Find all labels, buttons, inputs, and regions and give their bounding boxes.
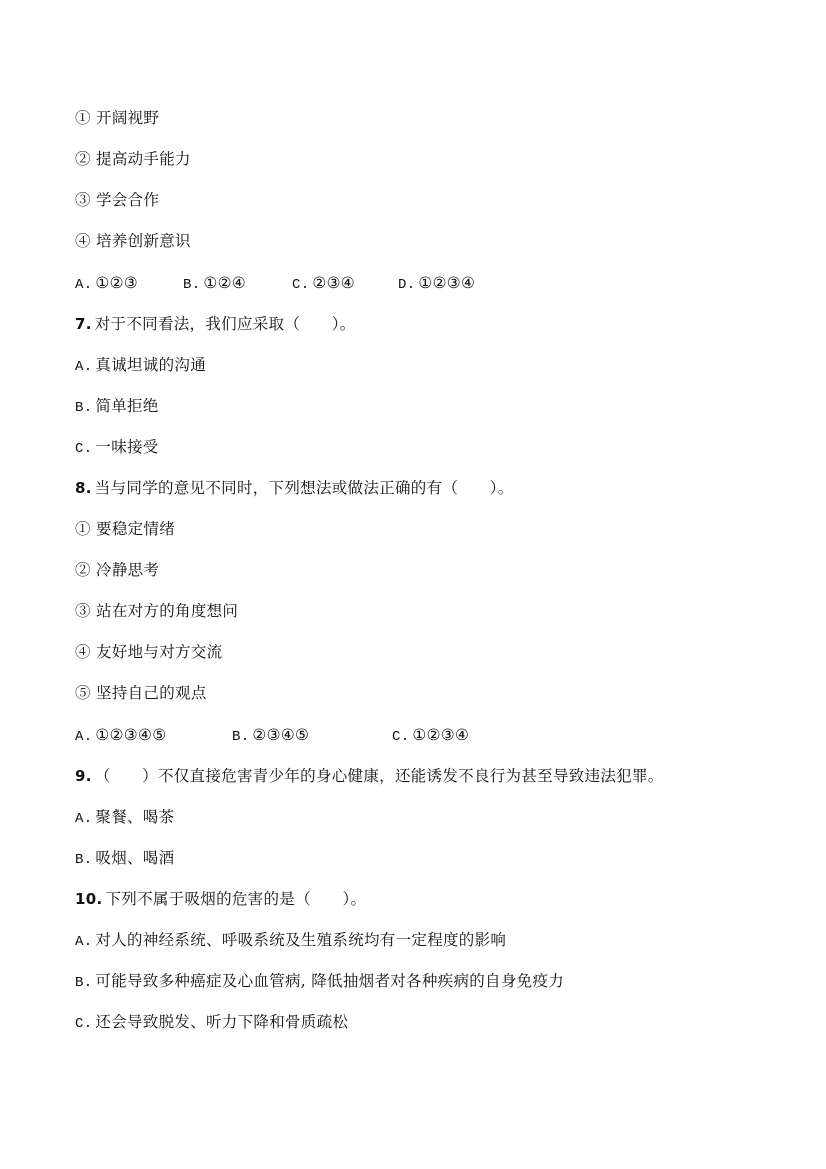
q7-number: 7. bbox=[75, 315, 92, 333]
q6-item-4: ④ 培养创新意识 bbox=[75, 229, 191, 253]
q6-option-d[interactable]: D.①②③④ bbox=[398, 271, 475, 297]
q6-option-a[interactable]: A.①②③ bbox=[75, 271, 138, 297]
q9-option-b[interactable]: B.吸烟、喝酒 bbox=[75, 846, 174, 870]
q8-item-2: ② 冷静思考 bbox=[75, 558, 159, 582]
q10-option-a[interactable]: A.对人的神经系统、呼吸系统及生殖系统均有一定程度的影响 bbox=[75, 928, 506, 952]
q8-stem: 8.当与同学的意见不同时，下列想法或做法正确的有（ ）。 bbox=[75, 476, 514, 500]
q8-option-a[interactable]: A.①②③④⑤ bbox=[75, 723, 166, 749]
q9-stem: 9.（ ）不仅直接危害青少年的身心健康，还能诱发不良行为甚至导致违法犯罪。 bbox=[75, 764, 664, 788]
q10-option-c[interactable]: C.还会导致脱发、听力下降和骨质疏松 bbox=[75, 1010, 348, 1034]
q6-options: A.①②③ B.①②④ C.②③④ D.①②③④ bbox=[75, 271, 775, 295]
q10-stem: 10.下列不属于吸烟的危害的是（ ）。 bbox=[75, 887, 366, 911]
q10-option-b[interactable]: B.可能导致多种癌症及心血管病, 降低抽烟者对各种疾病的自身免疫力 bbox=[75, 969, 564, 993]
q7-option-c[interactable]: C.一味接受 bbox=[75, 435, 159, 459]
q8-option-c[interactable]: C.①②③④ bbox=[392, 723, 469, 749]
q9-option-a[interactable]: A.聚餐、喝茶 bbox=[75, 805, 174, 829]
q10-number: 10. bbox=[75, 890, 102, 908]
q6-item-3: ③ 学会合作 bbox=[75, 188, 159, 212]
q6-option-c[interactable]: C.②③④ bbox=[292, 271, 355, 297]
q7-option-b[interactable]: B.简单拒绝 bbox=[75, 394, 159, 418]
q9-number: 9. bbox=[75, 767, 92, 785]
q6-item-1: ① 开阔视野 bbox=[75, 106, 159, 130]
q6-item-2: ② 提高动手能力 bbox=[75, 147, 191, 171]
q8-item-4: ④ 友好地与对方交流 bbox=[75, 640, 222, 664]
q7-stem: 7.对于不同看法，我们应采取（ ）。 bbox=[75, 312, 356, 336]
q8-item-1: ① 要稳定情绪 bbox=[75, 517, 175, 541]
q7-option-a[interactable]: A.真诚坦诚的沟通 bbox=[75, 353, 206, 377]
q8-number: 8. bbox=[75, 479, 92, 497]
q6-option-b[interactable]: B.①②④ bbox=[183, 271, 246, 297]
q8-item-5: ⑤ 坚持自己的观点 bbox=[75, 681, 207, 705]
q8-item-3: ③ 站在对方的角度想问 bbox=[75, 599, 238, 623]
q8-options: A.①②③④⑤ B.②③④⑤ C.①②③④ bbox=[75, 723, 775, 747]
q8-option-b[interactable]: B.②③④⑤ bbox=[232, 723, 309, 749]
